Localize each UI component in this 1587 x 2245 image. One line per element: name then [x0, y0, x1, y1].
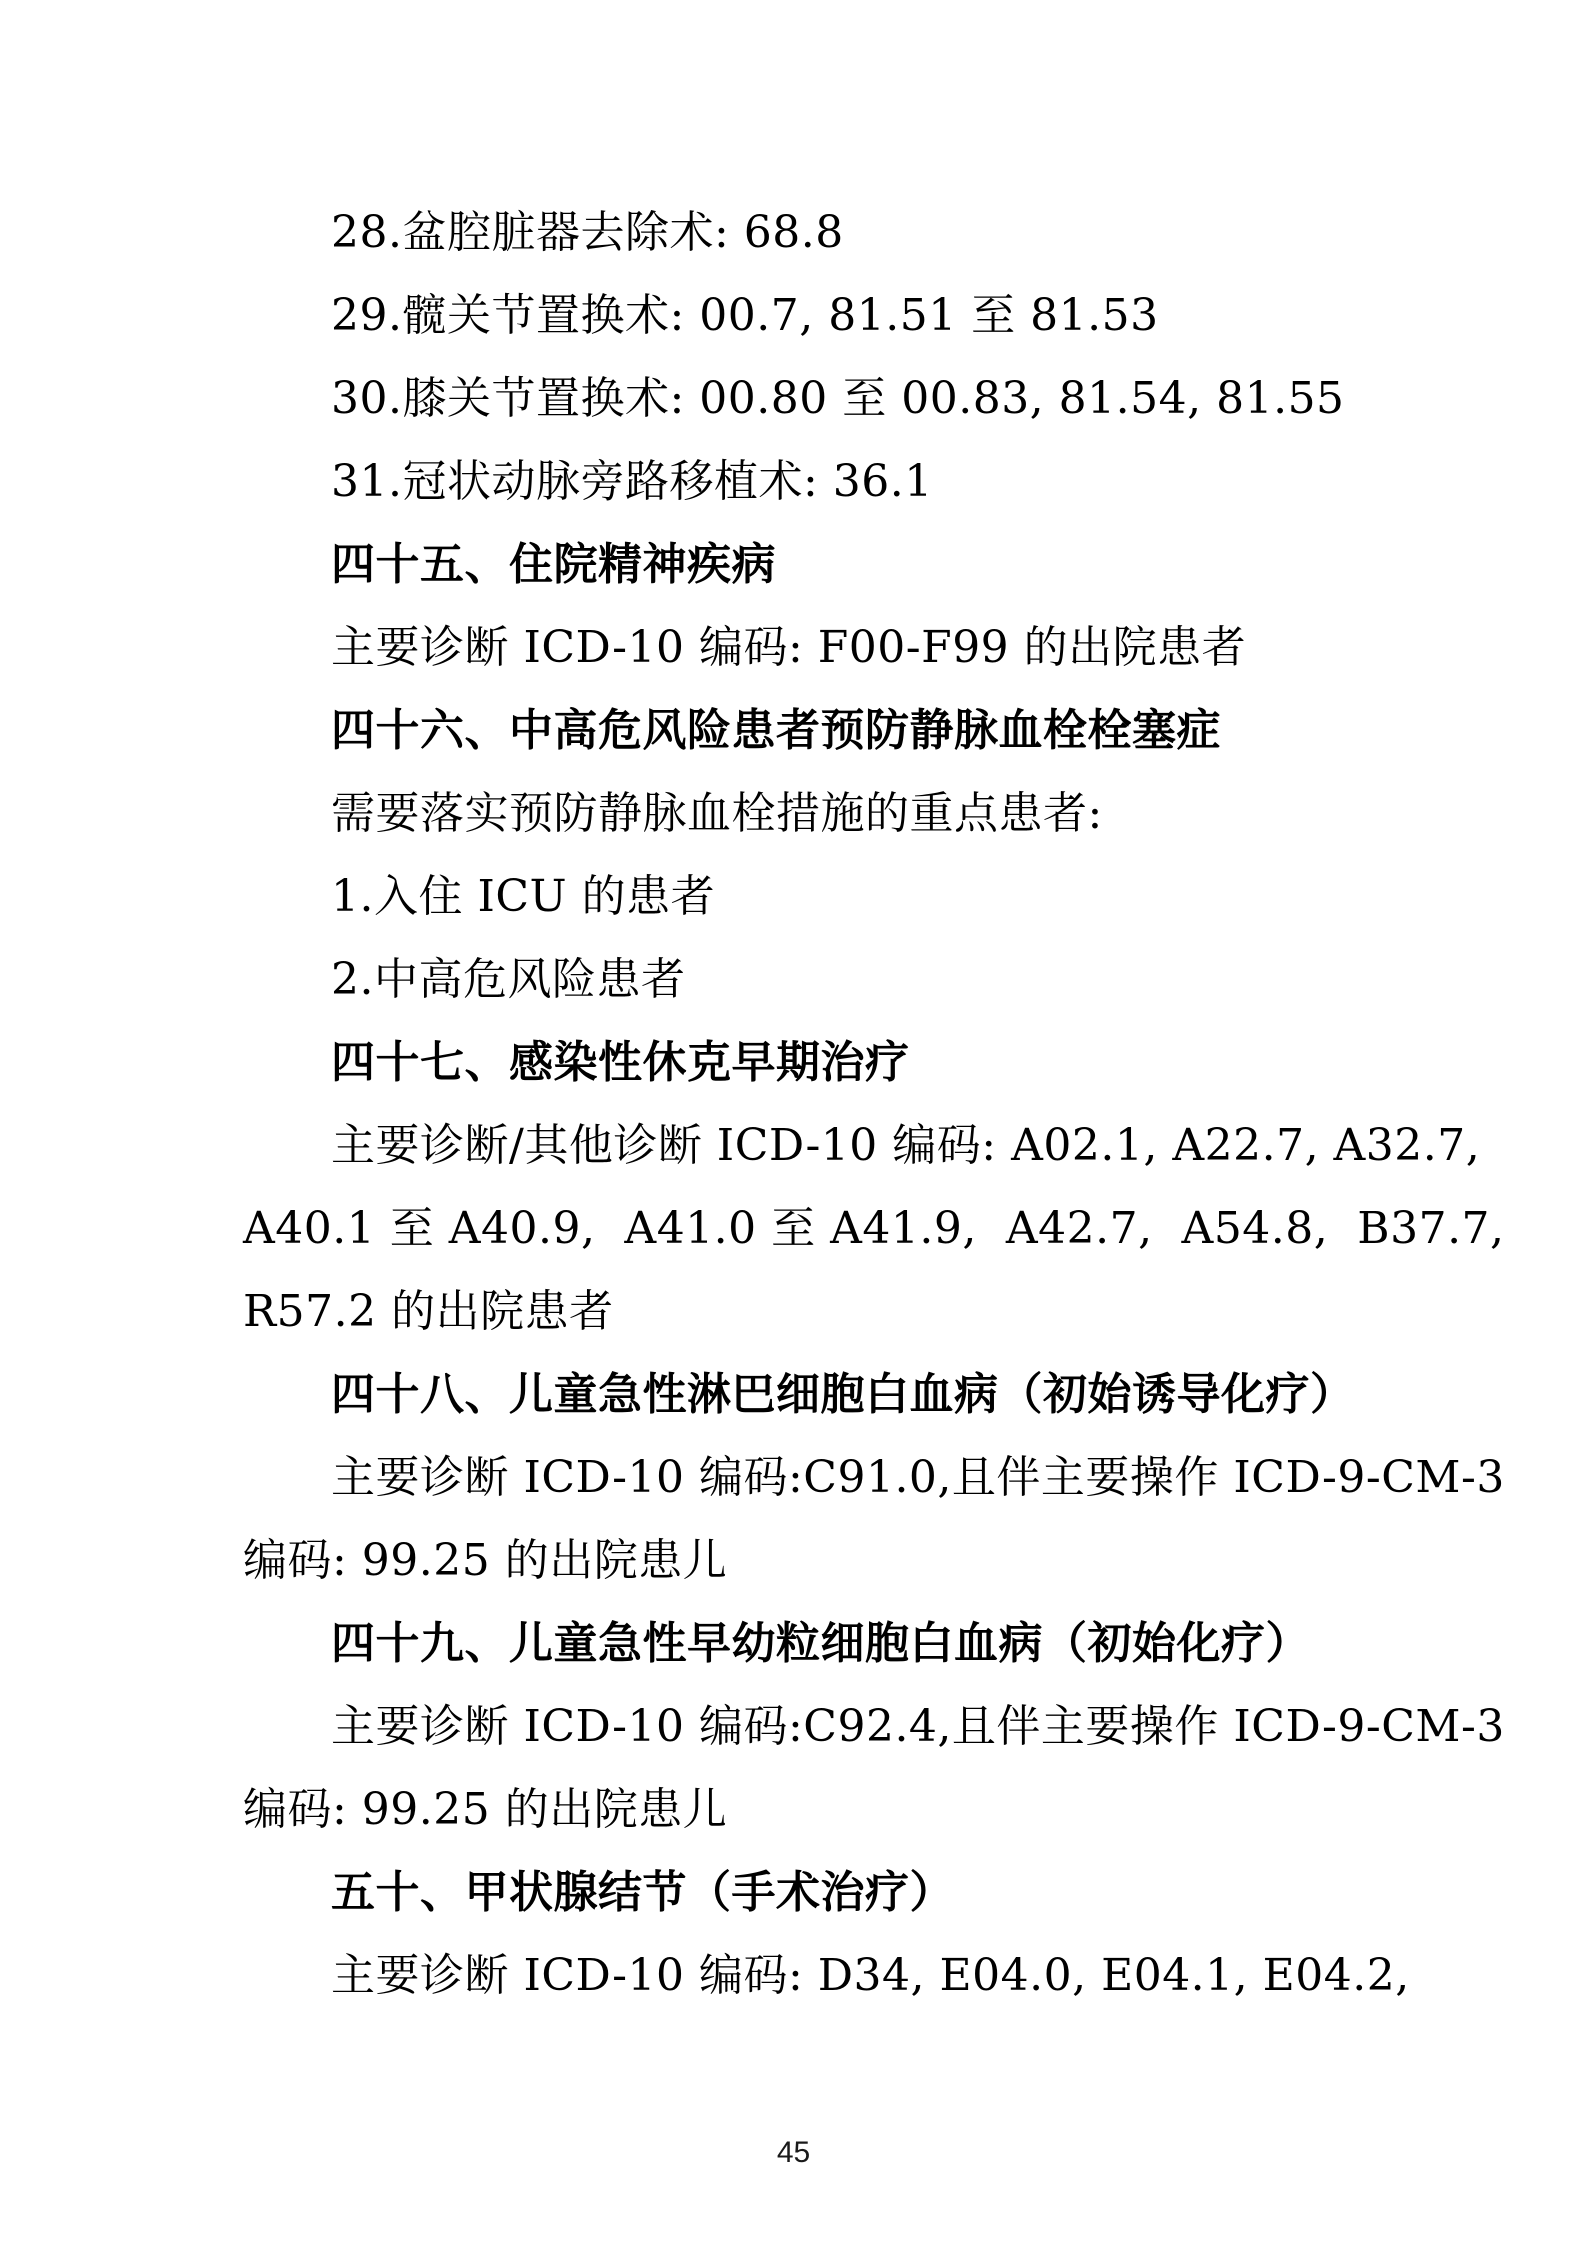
- text-line: R57.2 的出院患者: [243, 1270, 1353, 1353]
- text-line: 1.入住 ICU 的患者: [243, 855, 1353, 938]
- text-line: 主要诊断 ICD-10 编码:C92.4,且伴主要操作 ICD-9-CM-3: [243, 1685, 1353, 1768]
- section-heading: 四十八、儿童急性淋巴细胞白血病（初始诱导化疗）: [243, 1353, 1353, 1436]
- section-heading: 五十、甲状腺结节（手术治疗）: [243, 1851, 1353, 1934]
- text-line: 主要诊断 ICD-10 编码: F00-F99 的出院患者: [243, 606, 1353, 689]
- section-heading: 四十五、住院精神疾病: [243, 523, 1353, 606]
- text-line: 30.膝关节置换术: 00.80 至 00.83, 81.54, 81.55: [243, 357, 1353, 440]
- document-text-block: 28.盆腔脏器去除术: 68.829.髋关节置换术: 00.7, 81.51 至…: [243, 191, 1353, 2017]
- text-line: 编码: 99.25 的出院患儿: [243, 1519, 1353, 1602]
- section-heading: 四十七、感染性休克早期治疗: [243, 1021, 1353, 1104]
- page-number: 45: [0, 2136, 1587, 2170]
- text-line: 需要落实预防静脉血栓措施的重点患者:: [243, 772, 1353, 855]
- document-page: 28.盆腔脏器去除术: 68.829.髋关节置换术: 00.7, 81.51 至…: [0, 0, 1587, 2245]
- text-line: 31.冠状动脉旁路移植术: 36.1: [243, 440, 1353, 523]
- text-line: 编码: 99.25 的出院患儿: [243, 1768, 1353, 1851]
- section-heading: 四十九、儿童急性早幼粒细胞白血病（初始化疗）: [243, 1602, 1353, 1685]
- text-line: 主要诊断 ICD-10 编码: D34, E04.0, E04.1, E04.2…: [243, 1934, 1353, 2017]
- text-line: 主要诊断/其他诊断 ICD-10 编码: A02.1, A22.7, A32.7…: [243, 1104, 1353, 1187]
- text-line: 29.髋关节置换术: 00.7, 81.51 至 81.53: [243, 274, 1353, 357]
- section-heading: 四十六、中高危风险患者预防静脉血栓栓塞症: [243, 689, 1353, 772]
- text-line: 28.盆腔脏器去除术: 68.8: [243, 191, 1353, 274]
- text-line: A40.1 至 A40.9, A41.0 至 A41.9, A42.7, A54…: [243, 1187, 1353, 1270]
- text-line: 主要诊断 ICD-10 编码:C91.0,且伴主要操作 ICD-9-CM-3: [243, 1436, 1353, 1519]
- text-line: 2.中高危风险患者: [243, 938, 1353, 1021]
